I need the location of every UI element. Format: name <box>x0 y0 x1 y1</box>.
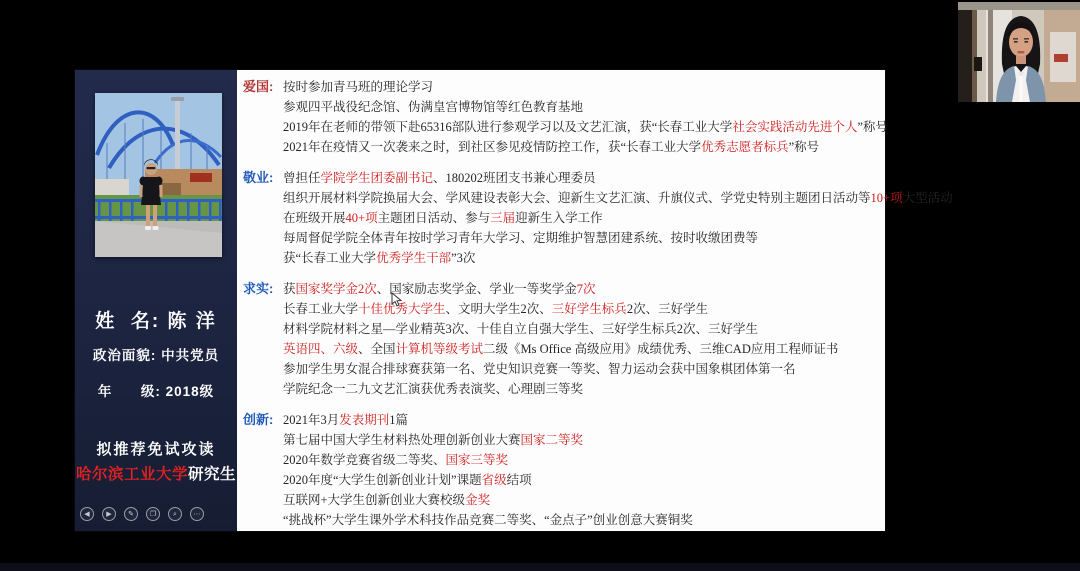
content-line: 互联网+大学生创新创业大赛校级金奖 <box>283 490 953 510</box>
body-text: 参观四平战役纪念馆、伪满皇宫博物馆等红色教育基地 <box>283 100 583 114</box>
recommend-line-1: 拟推荐免试攻读 <box>75 438 237 459</box>
section-3: 求实:获国家奖学金2次、国家励志奖学金、学业一等奖学金7次长春工业大学十佳优秀大… <box>237 279 953 399</box>
section-label: 求实: <box>243 279 273 299</box>
body-text: 2020年度“大学生创新创业计划”课题 <box>283 473 482 487</box>
body-text: ”称号 <box>857 120 888 134</box>
webcam-video-feed <box>958 2 1080 102</box>
content-line: 曾担任学院学生团委副书记、180202班团支书兼心理委员 <box>283 168 953 188</box>
content-line: 学院纪念一二九文艺汇演获优秀表演奖、心理剧三等奖 <box>283 379 953 399</box>
recommend-line-2: 哈尔滨工业大学研究生 <box>75 462 237 484</box>
highlighted-text: 10+项 <box>871 191 903 205</box>
highlighted-text: 国家二等奖 <box>521 433 584 447</box>
meeting-screen-share-background: 姓 名: 陈 洋 政治面貌: 中共党员 年 级: 2018级 拟推荐免试攻读 哈… <box>0 0 1080 571</box>
body-text: 获“长春工业大学 <box>283 251 376 265</box>
body-text: 大型活动 <box>903 191 953 205</box>
body-text: 结项 <box>507 473 532 487</box>
highlighted-text: 国家三等奖 <box>446 453 509 467</box>
highlighted-text: 三届 <box>490 211 515 225</box>
highlighted-text: 发表期刊 <box>339 413 389 427</box>
body-text: 按时参加青马班的理论学习 <box>283 80 433 94</box>
highlighted-text: 英语四、六级 <box>283 342 358 356</box>
content-line: 获“长春工业大学优秀学生干部”3次 <box>283 248 953 268</box>
content-line: 每周督促学院全体青年按时学习青年大学习、定期维护智慧团建系统、按时收缴团费等 <box>283 228 953 248</box>
recommend-line-2-rest: 研究生 <box>188 466 236 483</box>
political-status-value: 中共党员 <box>161 348 219 363</box>
highlighted-text: 优秀志愿者标兵 <box>701 140 789 154</box>
highlighted-text: 学院学生团委副书记 <box>321 171 434 185</box>
body-text: ”3次 <box>451 251 475 265</box>
body-text: 2021年3月 <box>283 413 339 427</box>
body-text: 曾担任 <box>283 171 321 185</box>
target-university: 哈尔滨工业大学 <box>76 466 188 483</box>
name-field: 姓 名: 陈 洋 <box>75 306 237 333</box>
highlighted-text: 40+项 <box>346 211 378 225</box>
body-text: 材料学院材料之星—学业精英3次、十佳自立自强大学生、三好学生标兵2次、三好学生 <box>283 322 758 336</box>
profile-photo <box>95 93 222 257</box>
content-line: 在班级开展40+项主题团日活动、参与三届迎新生入学工作 <box>283 208 953 228</box>
body-text: 长春工业大学 <box>283 302 358 316</box>
section-label: 创新: <box>243 410 273 430</box>
slide-sidebar: 姓 名: 陈 洋 政治面貌: 中共党员 年 级: 2018级 拟推荐免试攻读 哈… <box>75 70 237 531</box>
political-status-field: 政治面貌: 中共党员 <box>75 344 237 364</box>
body-text: 二级《Ms Office 高级应用》成绩优秀、三维CAD应用工程师证书 <box>483 342 838 356</box>
mouse-cursor <box>391 292 402 307</box>
body-text: 1篇 <box>389 413 408 427</box>
content-line: 材料学院材料之星—学业精英3次、十佳自立自强大学生、三好学生标兵2次、三好学生 <box>283 319 953 339</box>
body-text: 每周督促学院全体青年按时学习青年大学习、定期维护智慧团建系统、按时收缴团费等 <box>283 231 758 245</box>
content-line: 2019年在老师的带领下赴65316部队进行参观学习以及文艺汇演，获“长春工业大… <box>283 117 953 137</box>
bottom-window-edge <box>0 563 1080 571</box>
profile-photo-image <box>95 93 222 257</box>
webcam-thumbnail[interactable] <box>958 2 1080 102</box>
presenter-toolbar: ◀▶✎❐⌕⋯ <box>80 507 204 521</box>
body-text: 参加学生男女混合排球赛获第一名、党史知识竞赛一等奖、智力运动会获中国象棋团体第一… <box>283 362 796 376</box>
body-text: 组织开展材料学院换届大会、学风建设表彰大会、迎新生文艺汇演、升旗仪式、学党史特别… <box>283 191 871 205</box>
political-status-label: 政治面貌: <box>93 348 157 363</box>
grade-field: 年 级: 2018级 <box>75 380 237 400</box>
content-line: 参观四平战役纪念馆、伪满皇宫博物馆等红色教育基地 <box>283 97 953 117</box>
next-slide-icon[interactable]: ▶ <box>102 507 116 521</box>
content-line: “挑战杯”大学生课外学术科技作品竞赛二等奖、“金点子”创业创意大赛铜奖 <box>283 510 953 530</box>
body-text: 2019年在老师的带领下赴65316部队进行参观学习以及文艺汇演，获“长春工业大… <box>283 120 732 134</box>
body-text: 在班级开展 <box>283 211 346 225</box>
content-line: 获国家奖学金2次、国家励志奖学金、学业一等奖学金7次 <box>283 279 953 299</box>
section-2: 敬业:曾担任学院学生团委副书记、180202班团支书兼心理委员组织开展材料学院换… <box>237 168 953 268</box>
content-line: 组织开展材料学院换届大会、学风建设表彰大会、迎新生文艺汇演、升旗仪式、学党史特别… <box>283 188 953 208</box>
body-text: 获 <box>283 282 296 296</box>
grade-value: 2018级 <box>166 384 215 399</box>
body-text: “挑战杯”大学生课外学术科技作品竞赛二等奖、“金点子”创业创意大赛铜奖 <box>283 513 693 527</box>
grade-label: 年 级: <box>98 384 161 399</box>
content-line: 长春工业大学十佳优秀大学生、文明大学生2次、三好学生标兵2次、三好学生 <box>283 299 953 319</box>
more-options-icon[interactable]: ⋯ <box>190 507 204 521</box>
content-line: 2021年3月发表期刊1篇 <box>283 410 953 430</box>
body-text: 主题团日活动、参与 <box>378 211 491 225</box>
slide-panel-icon[interactable]: ❐ <box>146 507 160 521</box>
section-label: 爱国: <box>243 77 273 97</box>
body-text: 、全国 <box>358 342 396 356</box>
body-text: 、国家励志奖学金、学业一等奖学金 <box>377 282 577 296</box>
highlighted-text: 国家奖学金2次 <box>296 282 377 296</box>
content-line: 按时参加青马班的理论学习 <box>283 77 953 97</box>
body-text: ”称号 <box>789 140 820 154</box>
name-label: 姓 名: <box>95 311 160 332</box>
content-line: 2020年度“大学生创新创业计划”课题省级结项 <box>283 470 953 490</box>
body-text: 学院纪念一二九文艺汇演获优秀表演奖、心理剧三等奖 <box>283 382 583 396</box>
body-text: 2次、三好学生 <box>627 302 708 316</box>
body-text: 2020年数学竞赛省级二等奖、 <box>283 453 446 467</box>
highlighted-text: 省级 <box>482 473 507 487</box>
presentation-slide: 姓 名: 陈 洋 政治面貌: 中共党员 年 级: 2018级 拟推荐免试攻读 哈… <box>75 70 885 531</box>
highlighted-text: 社会实践活动先进个人 <box>732 120 857 134</box>
body-text: 2021年在疫情又一次袭来之时，到社区参见疫情防控工作，获“长春工业大学 <box>283 140 701 154</box>
body-text: 第七届中国大学生材料热处理创新创业大赛 <box>283 433 521 447</box>
highlighted-text: 金奖 <box>465 493 490 507</box>
name-value: 陈 洋 <box>167 311 216 332</box>
content-line: 2021年在疫情又一次袭来之时，到社区参见疫情防控工作，获“长春工业大学优秀志愿… <box>283 137 953 157</box>
section-4: 创新:2021年3月发表期刊1篇第七届中国大学生材料热处理创新创业大赛国家二等奖… <box>237 410 953 530</box>
highlighted-text: 优秀学生干部 <box>376 251 451 265</box>
body-text: 迎新生入学工作 <box>515 211 603 225</box>
body-text: 、文明大学生2次、 <box>446 302 552 316</box>
content-line: 参加学生男女混合排球赛获第一名、党史知识竞赛一等奖、智力运动会获中国象棋团体第一… <box>283 359 953 379</box>
magnifier-icon[interactable]: ⌕ <box>168 507 182 521</box>
content-line: 英语四、六级、全国计算机等级考试二级《Ms Office 高级应用》成绩优秀、三… <box>283 339 953 359</box>
highlighted-text: 7次 <box>577 282 596 296</box>
body-text: 互联网+大学生创新创业大赛校级 <box>283 493 465 507</box>
highlighted-text: 计算机等级考试 <box>396 342 484 356</box>
highlighted-text: 三好学生标兵 <box>552 302 627 316</box>
slide-content-area: 爱国:按时参加青马班的理论学习参观四平战役纪念馆、伪满皇宫博物馆等红色教育基地2… <box>237 70 953 531</box>
pen-tool-icon[interactable]: ✎ <box>124 507 138 521</box>
section-1: 爱国:按时参加青马班的理论学习参观四平战役纪念馆、伪满皇宫博物馆等红色教育基地2… <box>237 77 953 157</box>
body-text: 、180202班团支书兼心理委员 <box>433 171 596 185</box>
content-line: 第七届中国大学生材料热处理创新创业大赛国家二等奖 <box>283 430 953 450</box>
section-label: 敬业: <box>243 168 273 188</box>
prev-slide-icon[interactable]: ◀ <box>80 507 94 521</box>
content-line: 2020年数学竞赛省级二等奖、国家三等奖 <box>283 450 953 470</box>
